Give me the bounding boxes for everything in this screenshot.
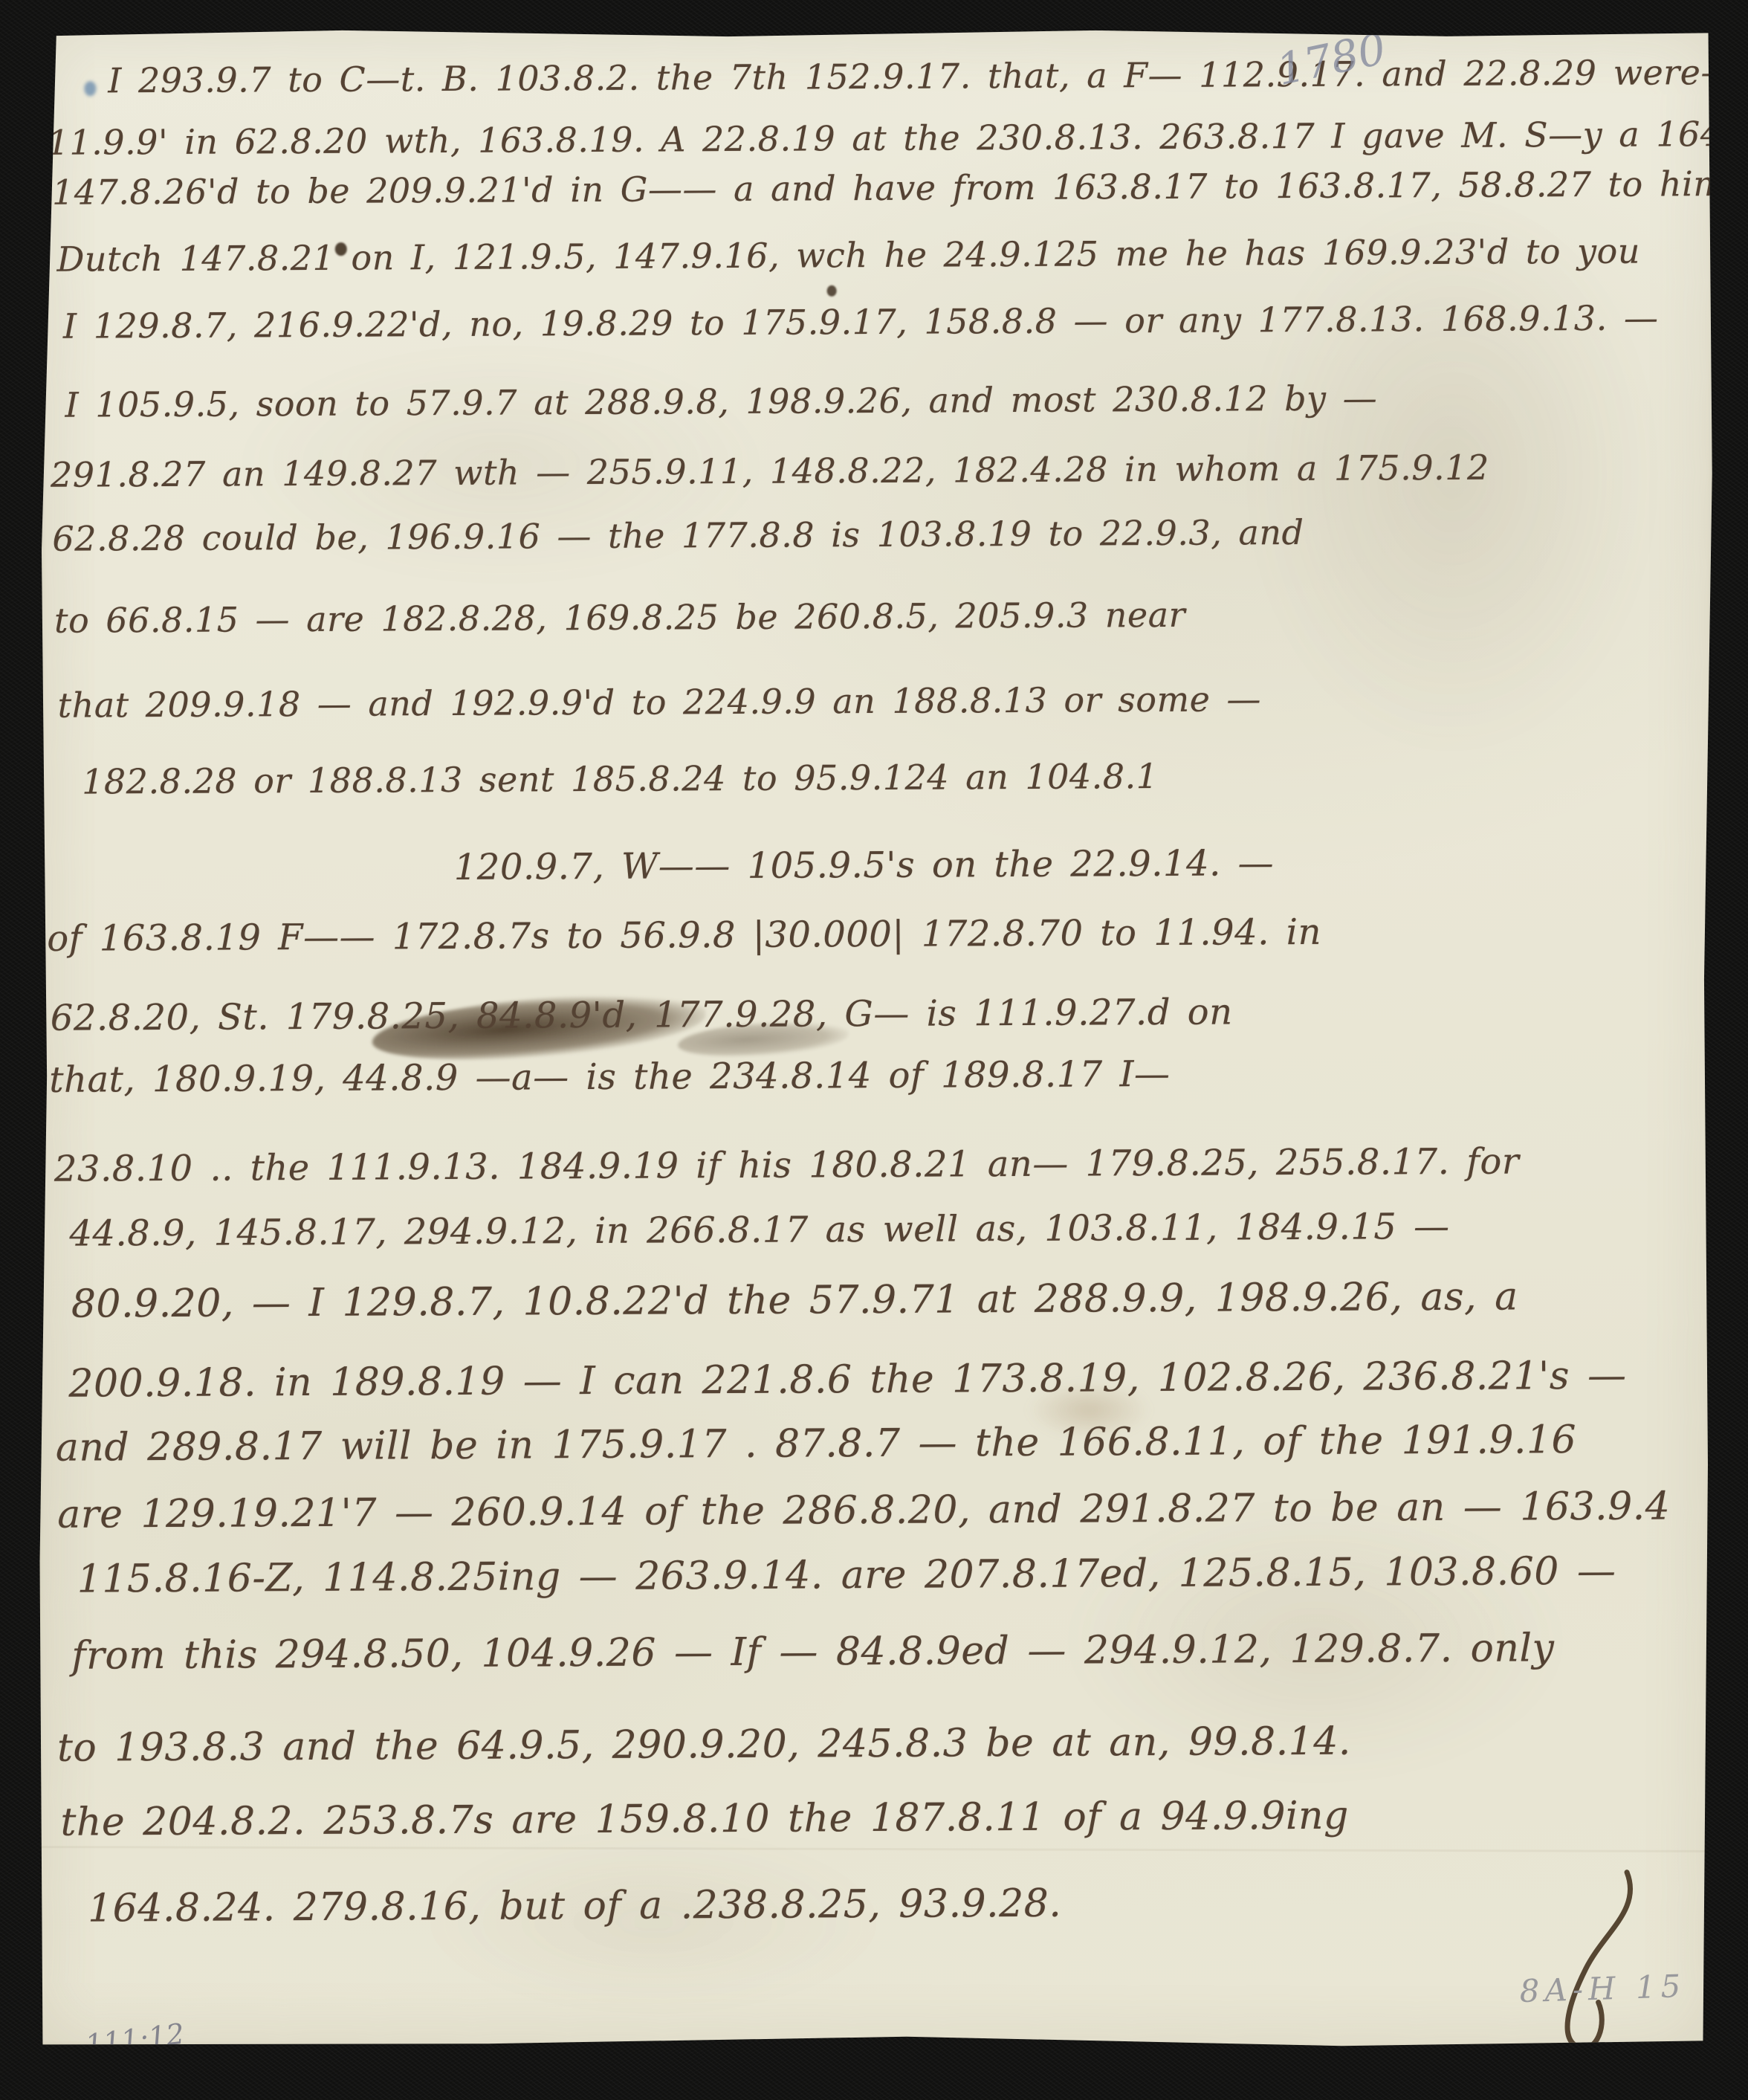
manuscript-line: from this 294.8.50, 104.9.26 — If — 84.8… [71,1626,1554,1678]
manuscript-line: 11.9.9' in 62.8.20 wth, 163.8.19. A 22.8… [48,113,1715,162]
manuscript-line: 23.8.10 .. the 111.9.13. 184.9.19 if his… [54,1140,1520,1189]
manuscript-line: 291.8.27 an 149.8.27 wth — 255.9.11, 148… [51,448,1489,495]
manuscript-line: 182.8.28 or 188.8.13 sent 185.8.24 to 95… [82,756,1159,802]
photo-backdrop: I 293.9.7 to C—t. B. 103.8.2. the 7th 15… [0,0,1748,2100]
manuscript-line: the 204.8.2. 253.8.7s are 159.8.10 the 1… [60,1794,1349,1845]
manuscript-line: Dutch 147.8.21 on I, 121.9.5, 147.9.16, … [56,231,1640,280]
manuscript-line: to 66.8.15 — are 182.8.28, 169.8.25 be 2… [54,595,1185,641]
manuscript-line: 164.8.24. 279.8.16, but of a .238.8.25, … [88,1881,1062,1931]
pen-flourish [1515,1864,1649,2051]
manuscript-line: 200.9.18. in 189.8.19 — I can 221.8.6 th… [68,1354,1626,1406]
letter-body: I 293.9.7 to C—t. B. 103.8.2. the 7th 15… [36,25,1715,2051]
archival-mark-bottom-right: 8A-H 15 [1519,1968,1686,2009]
manuscript-line: of 163.8.19 F—— 172.8.7s to 56.9.8 |30.0… [47,911,1321,960]
manuscript-line: 62.8.20, St. 179.8.25, 84.8.9'd, 177.9.2… [51,991,1233,1038]
manuscript-line: I 105.9.5, soon to 57.9.7 at 288.9.8, 19… [65,378,1377,424]
manuscript-line: 115.8.16-Z, 114.8.25ing — 263.9.14. are … [77,1549,1616,1602]
manuscript-line: 62.8.28 could be, 196.9.16 — the 177.8.8… [52,512,1304,559]
manuscript-line: 147.8.26'd to be 209.9.21'd in G—— a and… [52,164,1715,213]
manuscript-paper: I 293.9.7 to C—t. B. 103.8.2. the 7th 15… [36,25,1715,2051]
manuscript-line: 120.9.7, W—— 105.9.5's on the 22.9.14. — [454,842,1275,888]
manuscript-line: are 129.19.21'7 — 260.9.14 of the 286.8.… [57,1484,1670,1537]
manuscript-line: I 293.9.7 to C—t. B. 103.8.2. the 7th 15… [108,51,1715,100]
manuscript-line: I 129.8.7, 216.9.22'd, no, 19.8.29 to 17… [63,297,1659,346]
manuscript-line: and 289.8.17 will be in 175.9.17 . 87.8.… [56,1418,1577,1470]
manuscript-line: that, 180.9.19, 44.8.9 —a— is the 234.8.… [49,1053,1170,1101]
manuscript-line: that 209.9.18 — and 192.9.9'd to 224.9.9… [58,679,1262,725]
manuscript-line: 80.9.20, — I 129.8.7, 10.8.22'd the 57.9… [71,1274,1518,1326]
manuscript-line: to 193.8.3 and the 64.9.5, 290.9.20, 245… [57,1719,1351,1771]
manuscript-line: 44.8.9, 145.8.17, 294.9.12, in 266.8.17 … [69,1206,1450,1255]
